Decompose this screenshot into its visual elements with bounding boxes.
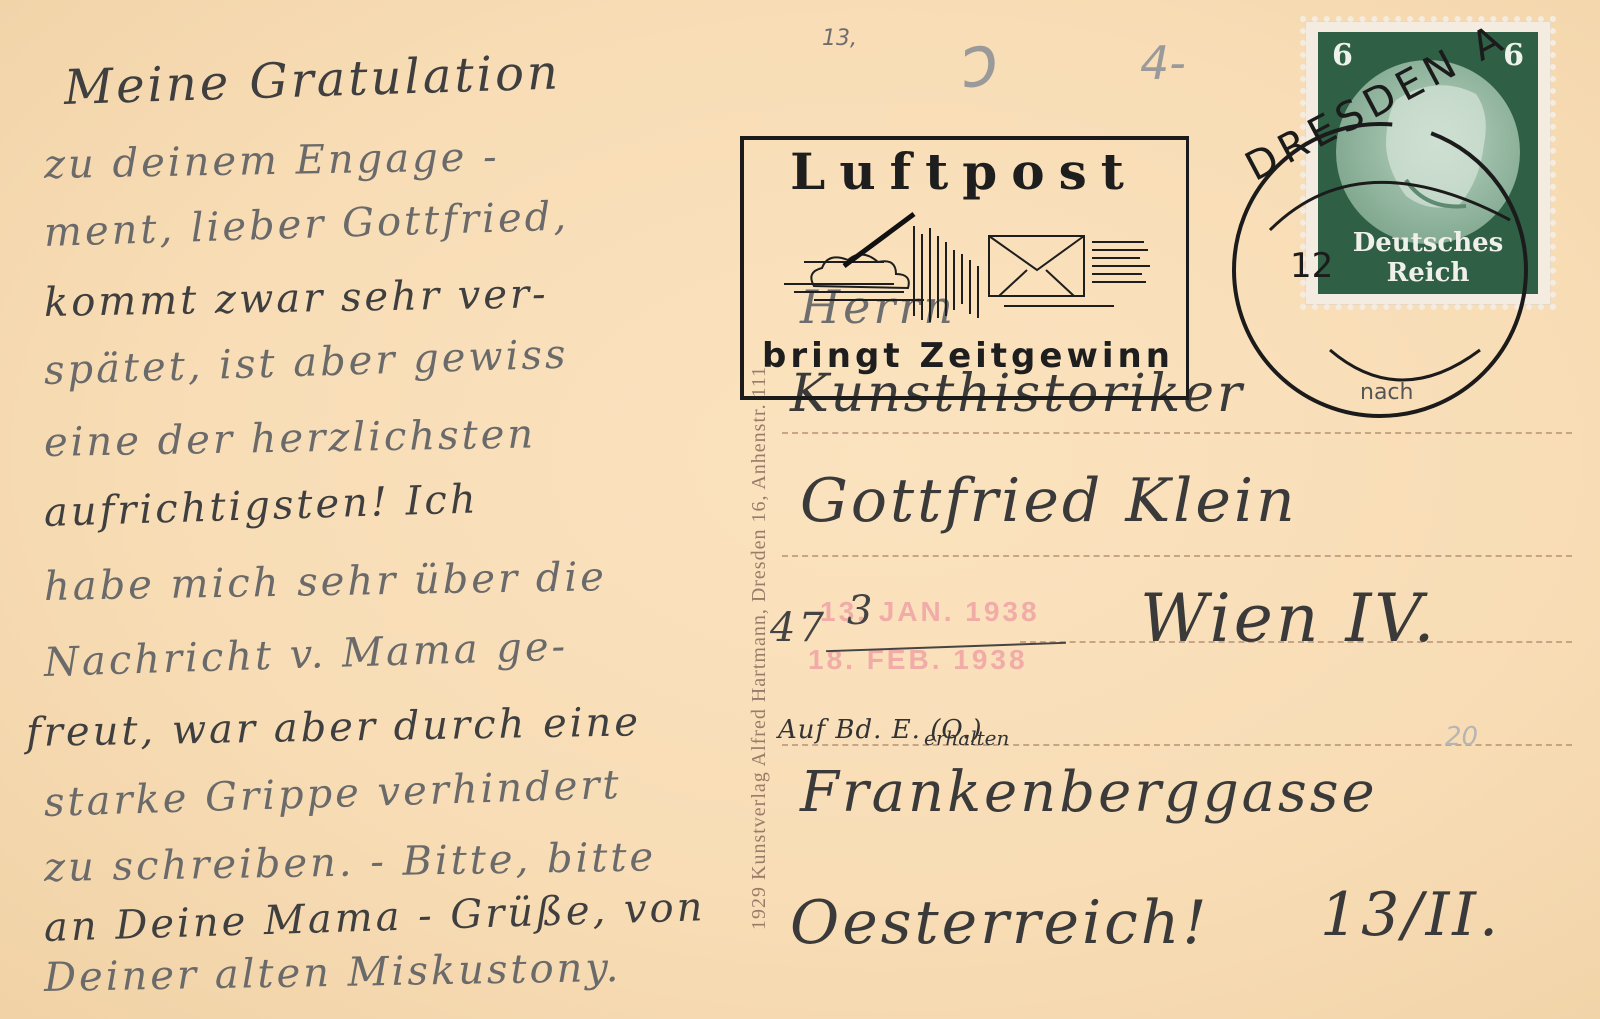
postmark-date: 12 xyxy=(1290,246,1333,286)
publisher-imprint: 1929 Kunstverlag Alfred Hartmann, Dresde… xyxy=(748,366,771,930)
message-line: kommt zwar sehr ver- xyxy=(44,271,549,326)
message-line: ment, lieber Gottfried, xyxy=(43,194,569,256)
address-line-text: Frankenberggasse xyxy=(800,760,1378,825)
slogan-title: Luftpost xyxy=(754,142,1174,201)
message-line: spätet, ist aber gewiss xyxy=(43,332,569,394)
message-line: zu schreiben. - Bitte, bitte xyxy=(44,834,657,891)
archive-number-2: 3 xyxy=(847,588,875,634)
address-line-text: Gottfried Klein xyxy=(800,466,1298,536)
message-line: an Deine Mama - Grüße, von xyxy=(43,884,706,951)
message-line: Nachricht v. Mama ge- xyxy=(43,624,568,686)
airmail-envelope-icon xyxy=(774,206,1164,336)
address-line-text: 13/II. xyxy=(1320,880,1501,950)
address-line-text: Wien IV. xyxy=(1140,580,1438,657)
message-line: zu deinem Engage - xyxy=(44,134,500,188)
slogan-cancel: Luftpost bringt xyxy=(740,136,1189,400)
address-line xyxy=(782,432,1572,434)
message-line: habe mich sehr über die xyxy=(44,554,608,610)
slogan-subtitle: bringt Zeitgewinn xyxy=(758,336,1178,376)
message-line: eine der herzlichsten xyxy=(44,411,537,466)
side-mark: 20 xyxy=(1445,722,1478,752)
top-number: 13, xyxy=(822,26,857,51)
message-line: starke Grippe verhindert xyxy=(43,762,622,826)
top-mark: ↄ xyxy=(953,17,1005,104)
message-line: freut, war aber durch eine xyxy=(26,699,642,756)
archive-number: 47 xyxy=(770,605,827,651)
postmark-time: nach xyxy=(1360,380,1413,405)
postcard-back: Meine Gratulationzu deinem Engage -ment,… xyxy=(0,0,1600,1019)
top-mark-2: 4- xyxy=(1140,36,1186,90)
message-line: aufrichtigsten! Ich xyxy=(43,476,479,536)
archive-note-2: erhalten xyxy=(924,726,1009,750)
message-line: Deiner alten Miskustony. xyxy=(44,945,622,1001)
stamp-country: Deutsches Reich xyxy=(1318,228,1538,288)
address-line xyxy=(782,555,1572,557)
address-line-text: Oesterreich! xyxy=(790,888,1210,958)
message-line: Meine Gratulation xyxy=(63,44,562,116)
